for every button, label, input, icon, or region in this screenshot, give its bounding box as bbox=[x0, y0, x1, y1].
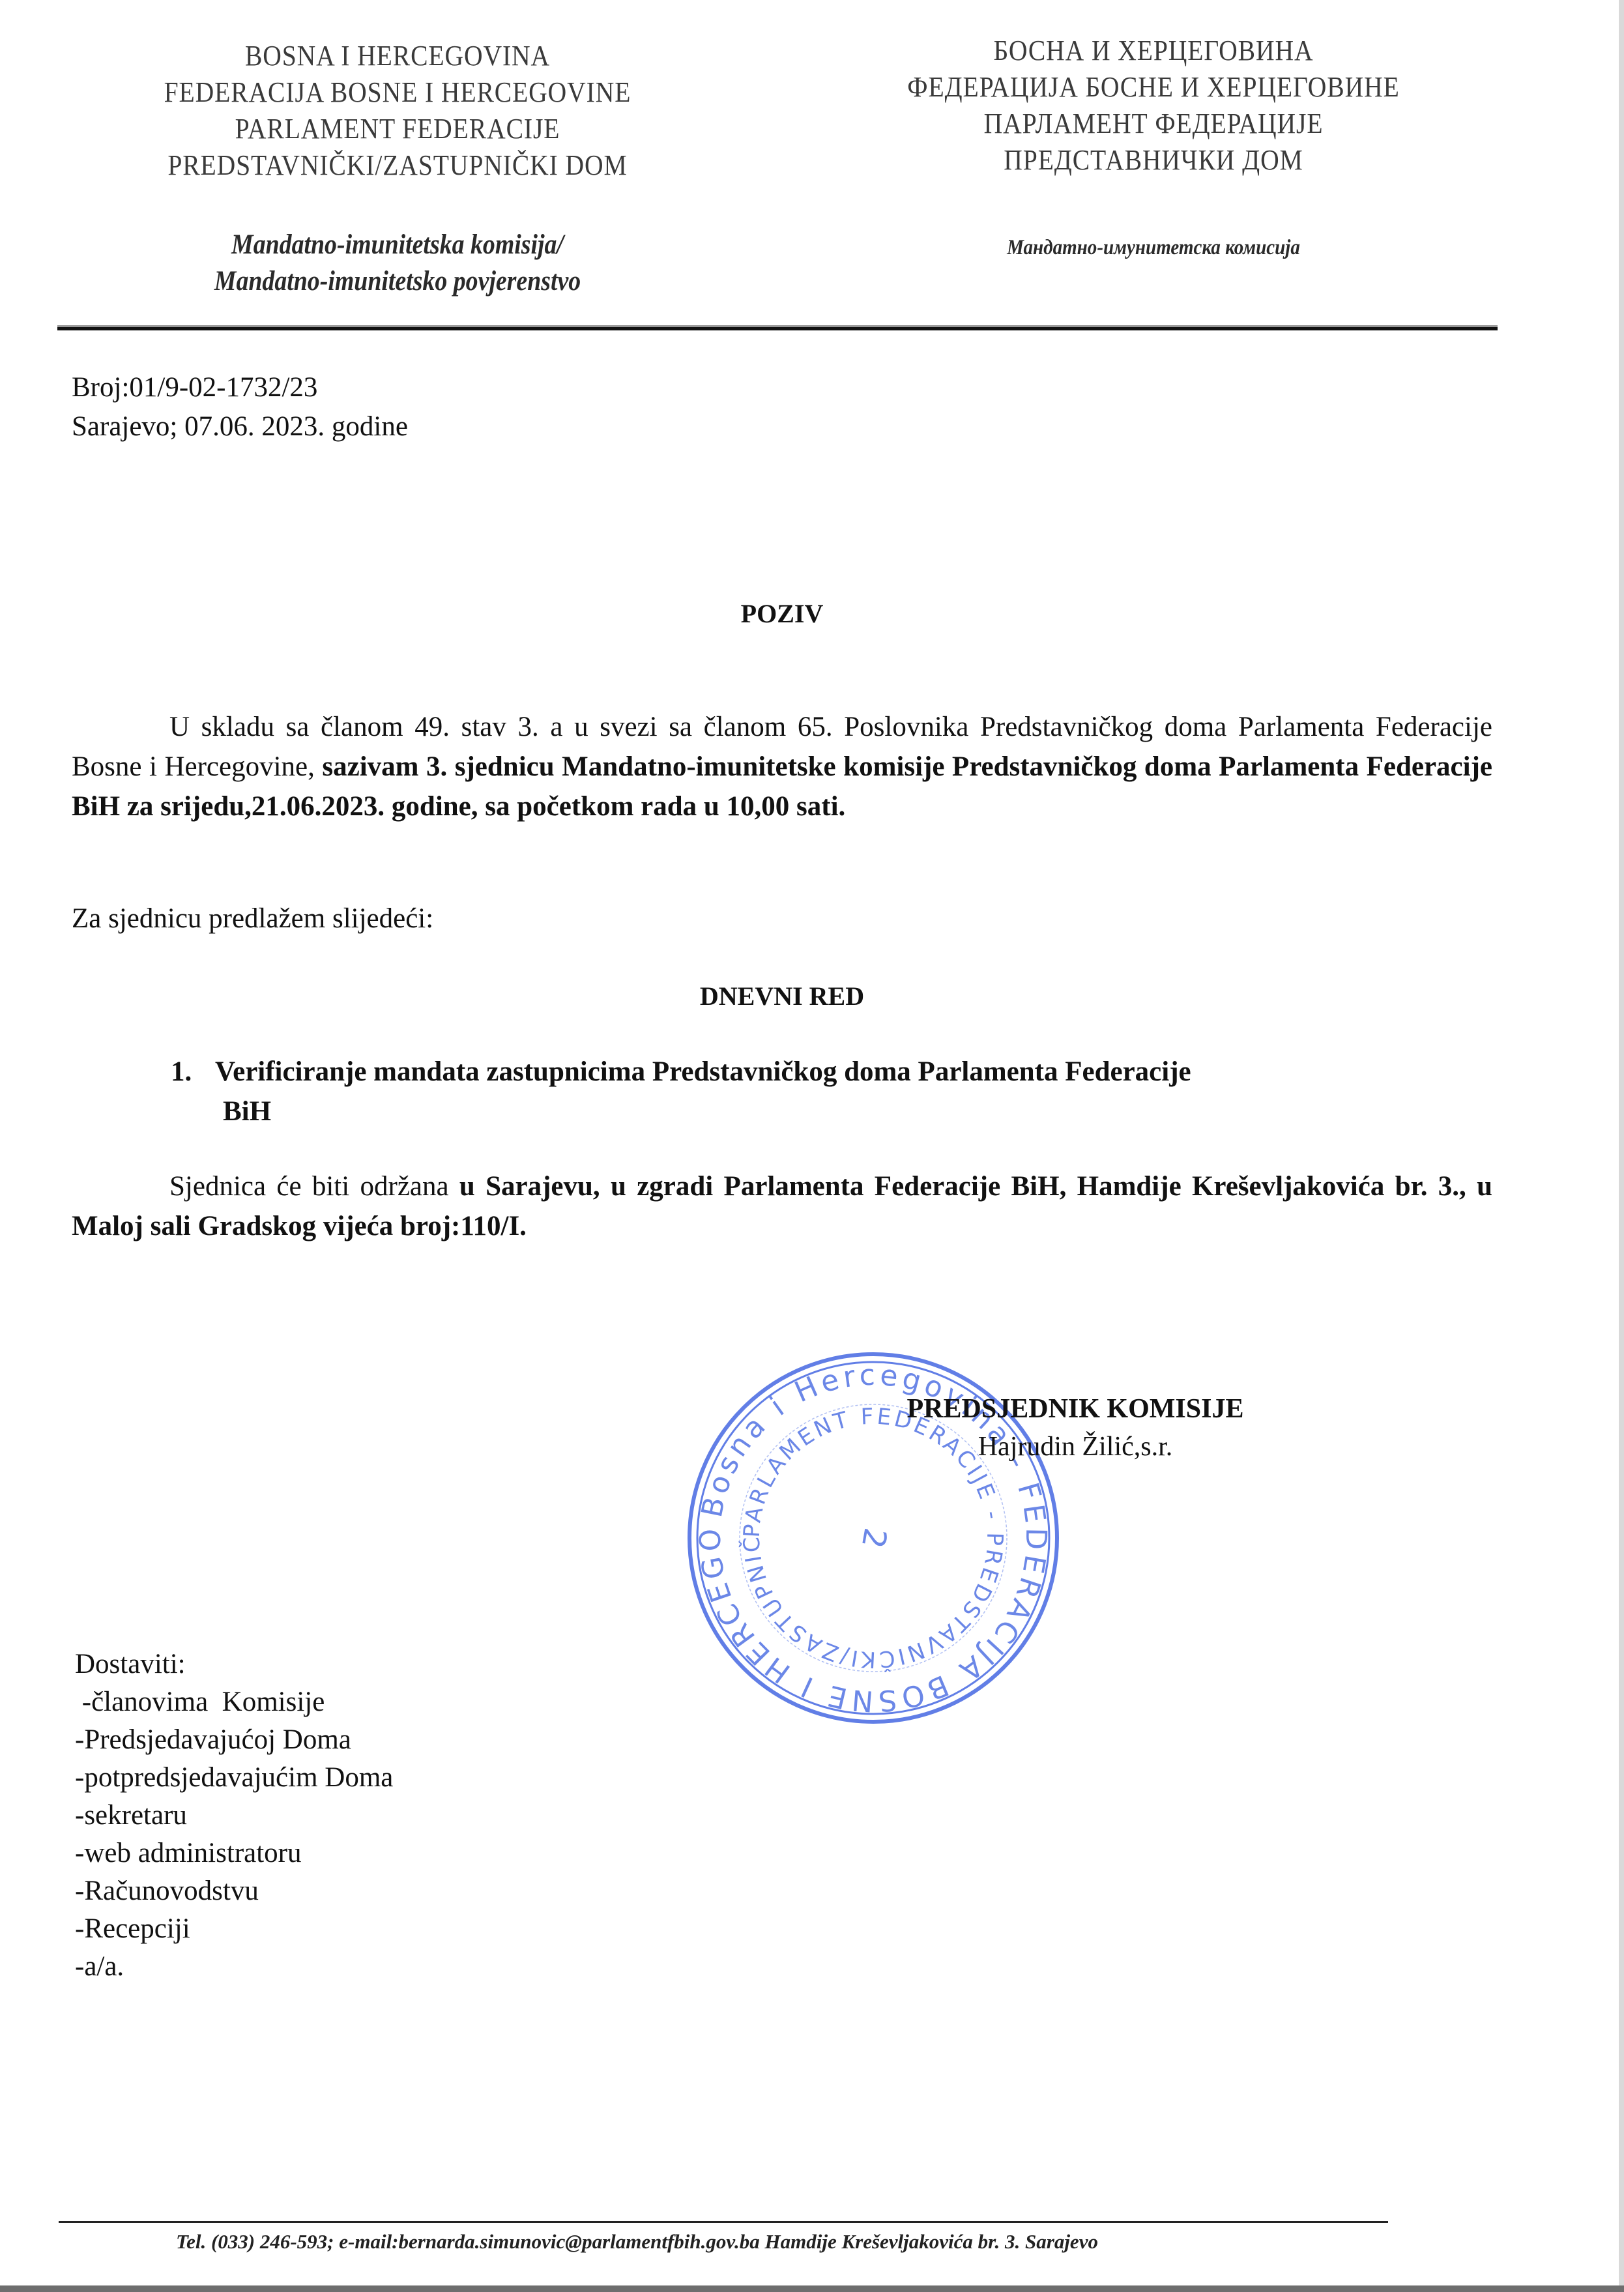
agenda-title: DNEVNI RED bbox=[0, 981, 1564, 1011]
header-line: FEDERACIJA BOSNE I HERCEGOVINE bbox=[110, 74, 685, 111]
header-line: BOSNA I HERCEGOVINA bbox=[110, 38, 685, 74]
header-divider bbox=[57, 327, 1498, 330]
distribution-item: -Recepciji bbox=[75, 1910, 393, 1948]
agenda-item-continuation: BiH bbox=[171, 1092, 1474, 1131]
header-line: БОСНА И ХЕРЦЕГОВИНА bbox=[860, 33, 1447, 69]
reference-number: Broj:01/9-02-1732/23 bbox=[72, 368, 408, 407]
header-commission-line: Mandatno-imunitetsko povjerenstvo bbox=[117, 263, 678, 300]
signature-name: Hajrudin Žilić,s.r. bbox=[847, 1429, 1303, 1465]
distribution-item: -sekretaru bbox=[75, 1797, 393, 1835]
reference-block: Broj:01/9-02-1732/23 Sarajevo; 07.06. 20… bbox=[72, 368, 408, 446]
footer-contact: Tel. (033) 246-593; e-mail:bernarda.simu… bbox=[176, 2230, 1098, 2254]
agenda-item-number: 1. bbox=[171, 1052, 215, 1092]
agenda-intro: Za sjednicu predlažem slijedeći: bbox=[72, 903, 433, 935]
signature-block: PREDSJEDNIK KOMISIJE Hajrudin Žilić,s.r. bbox=[847, 1389, 1303, 1465]
header-latin: BOSNA I HERCEGOVINA FEDERACIJA BOSNE I H… bbox=[78, 38, 717, 300]
distribution-item: -Računovodstvu bbox=[75, 1872, 393, 1910]
agenda-item: 1.Verificiranje mandata zastupnicima Pre… bbox=[171, 1052, 1474, 1092]
venue-text: Sjednica će biti održana bbox=[169, 1171, 459, 1202]
agenda-item-text: Verificiranje mandata zastupnicima Preds… bbox=[215, 1056, 1191, 1087]
header-commission-line: Mandatno-imunitetska komisija/ bbox=[117, 227, 678, 263]
distribution-item: -Predsjedavajućoj Doma bbox=[75, 1721, 393, 1759]
footer-divider bbox=[59, 2221, 1388, 2223]
header-line: PREDSTAVNIČKI/ZASTUPNIČKI DOM bbox=[110, 147, 685, 184]
scan-edge-bottom bbox=[0, 2285, 1624, 2292]
reference-place-date: Sarajevo; 07.06. 2023. godine bbox=[72, 407, 408, 446]
distribution-item: -potpredsjedavajućim Doma bbox=[75, 1759, 393, 1797]
agenda-list: 1.Verificiranje mandata zastupnicima Pre… bbox=[171, 1052, 1474, 1131]
svg-text:2: 2 bbox=[854, 1525, 893, 1551]
scan-edge-right bbox=[1619, 0, 1624, 2292]
document-title: POZIV bbox=[0, 598, 1564, 629]
header-commission-cyrillic: Мандатно-имунитетска комисија bbox=[867, 229, 1440, 266]
header-line: ПАРЛАМЕНТ ФЕДЕРАЦИЈЕ bbox=[860, 106, 1447, 142]
distribution-item: -a/a. bbox=[75, 1948, 393, 1986]
signature-title: PREDSJEDNIK KOMISIJE bbox=[847, 1389, 1303, 1429]
venue-paragraph: Sjednica će biti održana u Sarajevu, u z… bbox=[72, 1167, 1492, 1246]
header-cyrillic: БОСНА И ХЕРЦЕГОВИНА ФЕДЕРАЦИЈА БОСНЕ И Х… bbox=[828, 33, 1479, 266]
header-line: ФЕДЕРАЦИЈА БОСНЕ И ХЕРЦЕГОВИНЕ bbox=[860, 69, 1447, 106]
header-line: PARLAMENT FEDERACIJE bbox=[110, 111, 685, 147]
convocation-paragraph: U skladu sa članom 49. stav 3. a u svezi… bbox=[72, 707, 1492, 826]
distribution-list: Dostaviti: -članovima Komisije -Predsjed… bbox=[75, 1646, 393, 1986]
distribution-item: -članovima Komisije bbox=[75, 1683, 393, 1721]
distribution-label: Dostaviti: bbox=[75, 1646, 393, 1683]
distribution-item: -web administratoru bbox=[75, 1835, 393, 1872]
header-commission: Mandatno-imunitetska komisija/ Mandatno-… bbox=[117, 227, 678, 300]
header-line: ПРЕДСТАВНИЧКИ ДОМ bbox=[860, 142, 1447, 179]
